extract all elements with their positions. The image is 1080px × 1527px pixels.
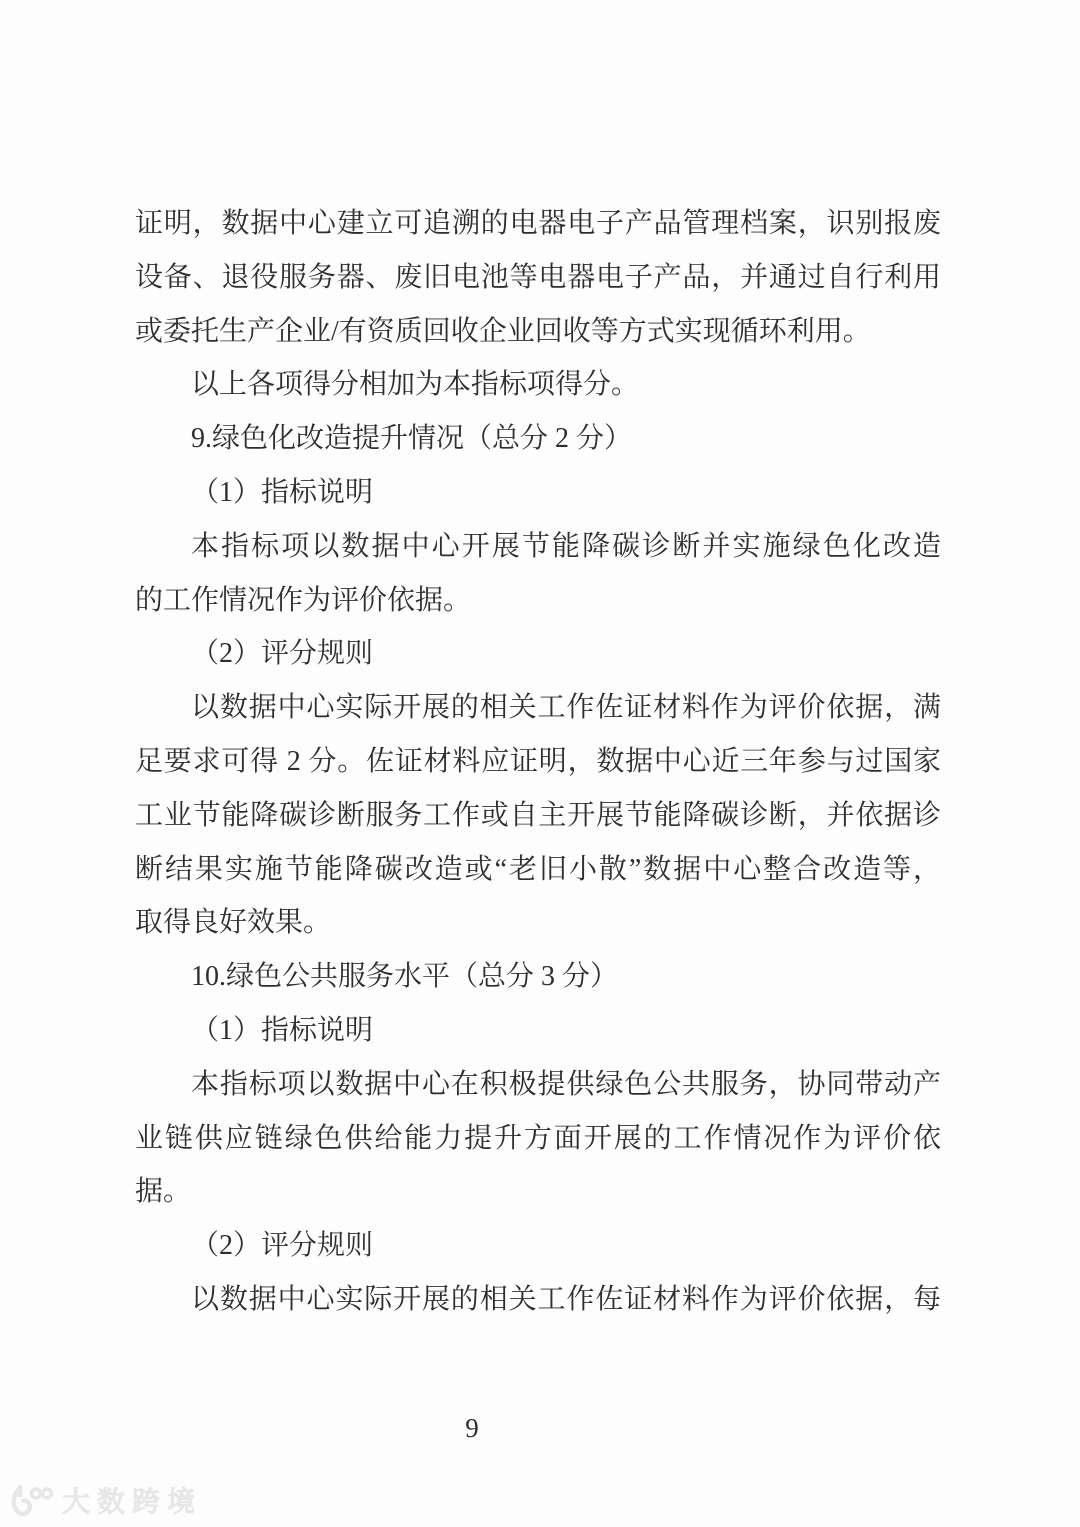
watermark: 大数跨境 xyxy=(8,1484,202,1520)
text-line: 以上各项得分相加为本指标项得分。 xyxy=(135,358,941,412)
watermark-brand-text: 大数跨境 xyxy=(62,1484,202,1520)
text-line: （2）评分规则 xyxy=(135,627,941,681)
text-line: 本指标项以数据中心开展节能降碳诊断并实施绿色化改造 xyxy=(135,520,941,574)
watermark-100-logo-icon xyxy=(8,1484,54,1520)
text-line: 取得良好效果。 xyxy=(135,896,941,950)
text-line: 以数据中心实际开展的相关工作佐证材料作为评价依据，每 xyxy=(135,1273,941,1327)
text-line: 本指标项以数据中心在积极提供绿色公共服务，协同带动产 xyxy=(135,1058,941,1112)
text-line: （1）指标说明 xyxy=(135,1004,941,1058)
text-line: 以数据中心实际开展的相关工作佐证材料作为评价依据，满 xyxy=(135,681,941,735)
text-line: 或委托生产企业/有资质回收企业回收等方式实现循环利用。 xyxy=(135,305,941,359)
text-line: 业链供应链绿色供给能力提升方面开展的工作情况作为评价依 xyxy=(135,1112,941,1166)
text-line: 设备、退役服务器、废旧电池等电器电子产品，并通过自行利用 xyxy=(135,251,941,305)
document-page: 证明，数据中心建立可追溯的电器电子产品管理档案，识别报废设备、退役服务器、废旧电… xyxy=(0,0,1080,1527)
text-line: （2）评分规则 xyxy=(135,1219,941,1273)
text-line: 工业节能降碳诊断服务工作或自主开展节能降碳诊断，并依据诊 xyxy=(135,789,941,843)
text-line: 足要求可得 2 分。佐证材料应证明，数据中心近三年参与过国家 xyxy=(135,735,941,789)
text-block: 证明，数据中心建立可追溯的电器电子产品管理档案，识别报废设备、退役服务器、废旧电… xyxy=(135,197,941,1327)
text-line: 证明，数据中心建立可追溯的电器电子产品管理档案，识别报废 xyxy=(135,197,941,251)
page-number: 9 xyxy=(448,1413,496,1444)
text-line: 据。 xyxy=(135,1165,941,1219)
text-line: 的工作情况作为评价依据。 xyxy=(135,574,941,628)
text-line: 断结果实施节能降碳改造或“老旧小散”数据中心整合改造等， xyxy=(135,843,941,897)
text-line: 10.绿色公共服务水平（总分 3 分） xyxy=(135,950,941,1004)
text-line: 9.绿色化改造提升情况（总分 2 分） xyxy=(135,412,941,466)
text-line: （1）指标说明 xyxy=(135,466,941,520)
